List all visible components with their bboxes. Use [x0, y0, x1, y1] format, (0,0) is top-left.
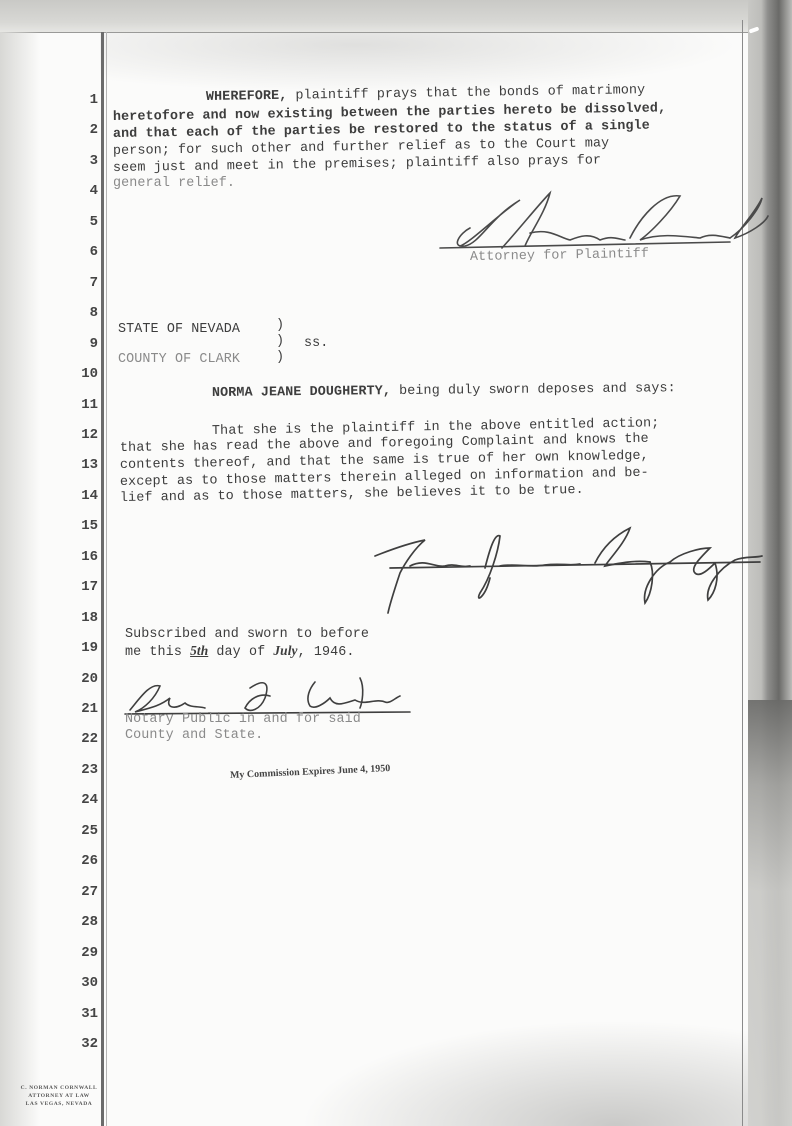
- line-number: 11: [70, 397, 98, 413]
- line-number: 5: [70, 214, 98, 230]
- affiant-name: NORMA JEANE DOUGHERTY,: [212, 384, 391, 401]
- venue-bracket-3: ): [276, 350, 284, 365]
- line-number: 20: [70, 671, 98, 687]
- line-number: 12: [70, 427, 98, 443]
- line-number: 19: [70, 640, 98, 656]
- notary-caption-1: Notary Public in and for said: [125, 712, 361, 727]
- venue-county: COUNTY OF CLARK: [118, 352, 240, 367]
- line-number: 6: [70, 244, 98, 260]
- line-number: 1: [70, 92, 98, 108]
- line-number: 16: [70, 549, 98, 565]
- scan-bottom-shade: [300, 1020, 750, 1126]
- attorney-caption: Attorney for Plaintiff: [470, 247, 649, 265]
- attorney-imprint: C. Norman Cornwall Attorney at Law Las V…: [0, 1084, 118, 1108]
- line-number: 27: [70, 884, 98, 900]
- line-number: 10: [70, 366, 98, 382]
- line-number: 7: [70, 275, 98, 291]
- line-number: 31: [70, 1006, 98, 1022]
- left-margin-rule-thin: [106, 32, 107, 1126]
- left-margin-rule: [101, 32, 104, 1126]
- jurat-line-2: me this 5th day of July, 1946.: [125, 643, 355, 660]
- venue-ss: ss.: [304, 336, 328, 351]
- line-number: 32: [70, 1036, 98, 1052]
- prayer-line-6: general relief.: [113, 176, 235, 191]
- line-number: 26: [70, 853, 98, 869]
- line-number: 9: [70, 336, 98, 352]
- scan-left-shade: [0, 32, 40, 1126]
- venue-bracket-1: ): [276, 318, 284, 333]
- line-number: 15: [70, 518, 98, 534]
- scan-top-edge: [0, 0, 792, 33]
- line-number: 24: [70, 792, 98, 808]
- line-number: 17: [70, 579, 98, 595]
- line-number: 21: [70, 701, 98, 717]
- prayer-lead: WHEREFORE,: [206, 89, 288, 105]
- line-number: 29: [70, 945, 98, 961]
- jurat-line-1: Subscribed and sworn to before: [125, 627, 369, 642]
- line-number: 3: [70, 153, 98, 169]
- line-number: 4: [70, 183, 98, 199]
- scan-right-edge-lower: [748, 700, 792, 1126]
- commission-stamp: My Commission Expires June 4, 1950: [230, 763, 391, 781]
- line-number: 14: [70, 488, 98, 504]
- line-number: 8: [70, 305, 98, 321]
- line-number: 18: [70, 610, 98, 626]
- venue-state: STATE OF NEVADA: [118, 322, 240, 337]
- jurat-month: July: [273, 643, 297, 658]
- line-number: 22: [70, 731, 98, 747]
- line-number: 23: [70, 762, 98, 778]
- affiant-signature: [370, 518, 770, 623]
- line-number: 25: [70, 823, 98, 839]
- jurat-day: 5th: [190, 643, 208, 658]
- line-number: 30: [70, 975, 98, 991]
- venue-bracket-2: ): [276, 334, 284, 349]
- affiant-intro: NORMA JEANE DOUGHERTY, being duly sworn …: [212, 381, 676, 401]
- line-number: 2: [70, 122, 98, 138]
- line-number: 13: [70, 457, 98, 473]
- notary-caption-2: County and State.: [125, 728, 263, 743]
- line-number: 28: [70, 914, 98, 930]
